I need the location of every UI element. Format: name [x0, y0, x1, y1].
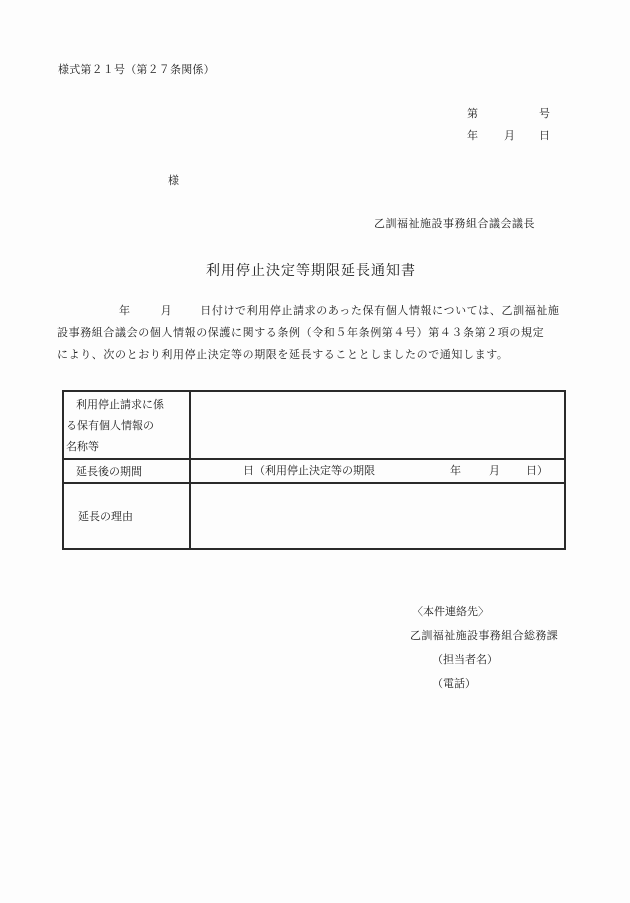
reason-label: 延長の理由	[63, 483, 190, 549]
request-info-label-line-2: る保有個人情報の	[66, 415, 189, 436]
body-year-label: 年	[119, 304, 131, 317]
contact-block: 〈本件連絡先〉 乙訓福祉施設事務組合総務課 （担当者名） （電話）	[412, 600, 558, 696]
contact-department: 乙訓福祉施設事務組合総務課	[410, 624, 558, 648]
extended-period-value-field[interactable]: 日（利用停止決定等の期限 年 月 日）	[190, 459, 565, 483]
table-row-reason: 延長の理由	[63, 483, 565, 549]
request-info-label-line-3: 名称等	[66, 436, 189, 457]
reason-value-field[interactable]	[190, 483, 565, 549]
body-line-2: 設事務組合議会の個人情報の保護に関する条例（令和５年条例第４号）第４３条第２項の…	[57, 322, 577, 344]
body-line-1: 年月日付けで利用停止請求のあった保有個人情報については、乙訓福祉施	[57, 300, 577, 322]
period-day-end: 日）	[526, 460, 548, 482]
date-day-label: 日	[539, 127, 550, 143]
extended-period-label: 延長後の期間	[63, 459, 190, 483]
period-day-text: 日（利用停止決定等の期限	[243, 460, 375, 482]
date-month-label: 月	[504, 127, 515, 143]
notice-details-table: 利用停止請求に係 る保有個人情報の 名称等 延長後の期間 日（利用停止決定等の期…	[62, 390, 566, 550]
contact-heading: 〈本件連絡先〉	[412, 600, 558, 624]
body-line-1-text: 日付けで利用停止請求のあった保有個人情報については、乙訓福祉施	[200, 304, 559, 317]
request-info-label-line-1: 利用停止請求に係	[66, 394, 189, 415]
contact-phone: （電話）	[412, 672, 558, 696]
sender-name: 乙訓福祉施設事務組合議会議長	[374, 215, 535, 231]
table-row-extended-period: 延長後の期間 日（利用停止決定等の期限 年 月 日）	[63, 459, 565, 483]
reference-number-prefix: 第	[467, 105, 478, 121]
period-year-label: 年	[450, 460, 461, 482]
request-info-value-field[interactable]	[190, 391, 565, 459]
document-title: 利用停止決定等期限延長通知書	[206, 260, 416, 280]
document-body: 年月日付けで利用停止請求のあった保有個人情報については、乙訓福祉施 設事務組合議…	[57, 300, 577, 366]
period-month-label: 月	[489, 460, 500, 482]
body-month-label: 月	[161, 304, 173, 317]
table-row-request-info: 利用停止請求に係 る保有個人情報の 名称等	[63, 391, 565, 459]
request-info-label: 利用停止請求に係 る保有個人情報の 名称等	[63, 391, 190, 459]
contact-person: （担当者名）	[412, 648, 558, 672]
date-year-label: 年	[467, 127, 478, 143]
reference-number-suffix: 号	[539, 105, 550, 121]
body-line-3: により、次のとおり利用停止決定等の期限を延長することとしましたので通知します。	[57, 344, 577, 366]
form-number: 様式第２１号（第２７条関係）	[58, 61, 215, 77]
recipient-honorific: 様	[168, 172, 179, 188]
